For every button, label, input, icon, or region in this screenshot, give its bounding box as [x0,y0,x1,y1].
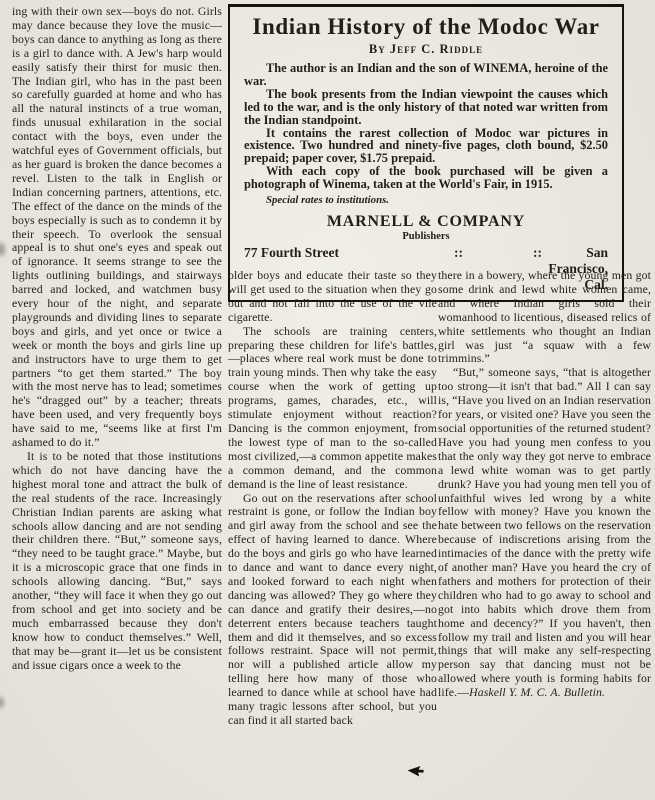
ad-byline: By Jeff C. Riddle [244,42,608,57]
body-paragraph: “But,” someone says, “that is altogether… [438,366,651,700]
mouse-cursor [407,757,429,779]
body-paragraph: ing with their own sex—boys do not. Girl… [12,5,222,450]
scan-artifact [0,243,5,256]
ad-paragraph: The book presents from the Indian viewpo… [244,88,608,127]
address-street: 77 Fourth Street [244,245,339,261]
right-column: there in a bowery, where the young men g… [438,269,651,700]
ad-paragraph: With each copy of the book purchased wil… [244,165,608,191]
ad-title: Indian History of the Modoc War [244,14,608,40]
body-paragraph: Go out on the reservations after school … [228,492,437,728]
body-paragraph: older boys and educate their taste so th… [228,269,437,325]
publisher-name: MARNELL & COMPANY [244,213,608,231]
ad-special-note: Special rates to institutions. [244,194,608,206]
ad-paragraph: It contains the rarest collection of Mod… [244,127,608,166]
book-advertisement: Indian History of the Modoc War By Jeff … [228,4,624,302]
ad-paragraph: The author is an Indian and the son of W… [244,62,608,88]
body-paragraph: there in a bowery, where the young men g… [438,269,651,366]
left-column: ing with their own sex—boys do not. Girl… [12,5,222,673]
middle-column: older boys and educate their taste so th… [228,269,437,728]
body-paragraph: The schools are training centers, prepar… [228,325,437,492]
source-attribution: Haskell Y. M. C. A. Bulletin. [469,685,605,699]
address-separator: :: [533,245,542,261]
body-text: “But,” someone says, “that is altogether… [438,365,651,699]
publisher-role: Publishers [244,231,608,242]
scan-artifact [0,697,4,708]
body-paragraph: It is to be noted that those institution… [12,450,222,673]
address-separator: :: [454,245,463,261]
